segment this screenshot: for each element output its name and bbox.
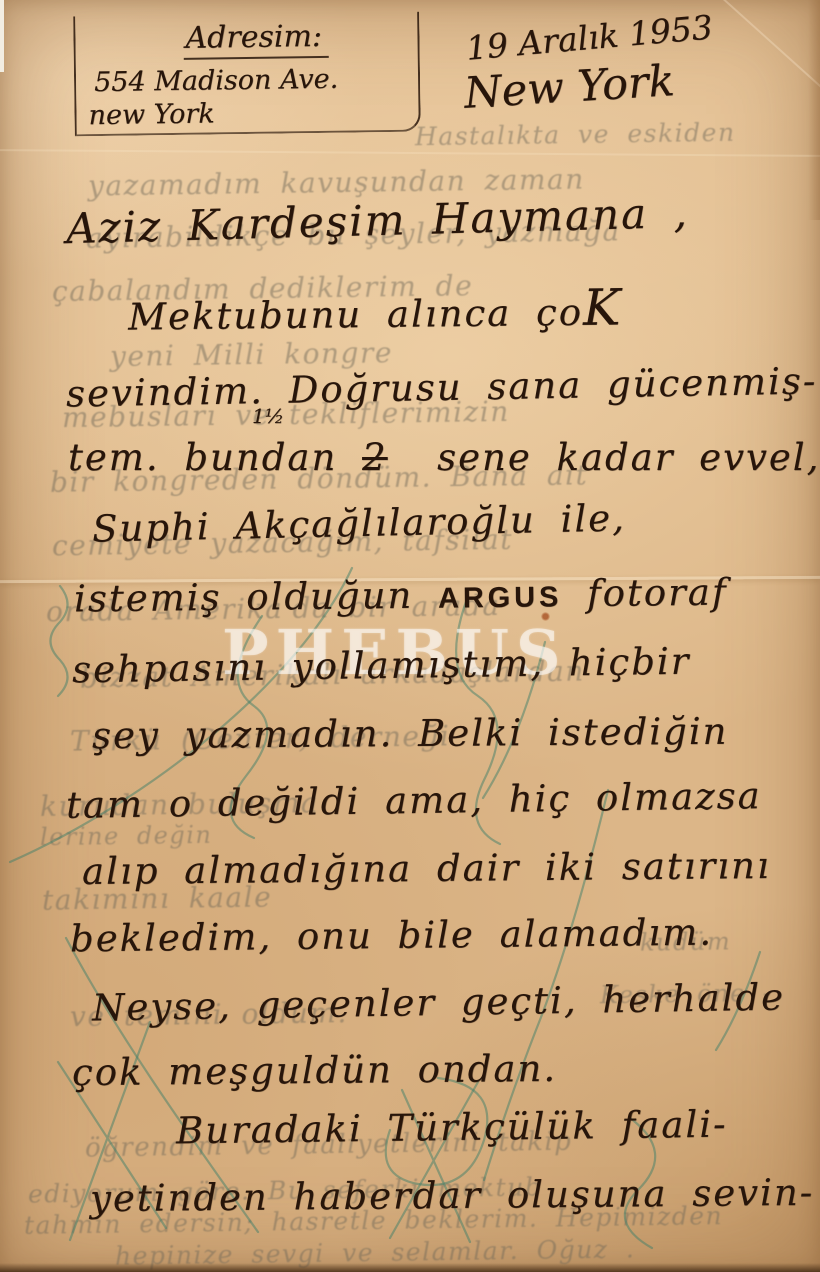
letter-line: tam o değildi ama, hiç olmazsa	[66, 774, 762, 827]
letter-line: yetinden haberdar oluşuna sevin-	[90, 1171, 815, 1220]
brand-name-argus: ARGUS	[438, 581, 563, 614]
letter-line: Buradaki Türkçülük faali-	[176, 1103, 728, 1153]
struck-out-text: 2	[362, 436, 388, 479]
letter-line: şey yazmadın. Belki istediğin	[92, 710, 729, 757]
letter-line: istemiş olduğun ARGUS fotoraf	[74, 571, 728, 621]
page-edge-shadow	[808, 0, 820, 220]
scan-edge-sliver	[0, 0, 4, 72]
letter-line: Suphi Akçağlılaroğlu ile,	[92, 496, 627, 550]
letter-line: Neyse, geçenler geçti, herhalde	[92, 976, 786, 1030]
address-street: 554 Madison Ave.	[94, 63, 418, 99]
letter-line: sehpasını yollamıştım, hiçbir	[72, 640, 691, 692]
letter-line: çok meşguldün ondan.	[72, 1047, 557, 1094]
interline-correction: 1½	[252, 404, 284, 428]
emphasized-letter: K	[583, 278, 623, 336]
ghost-line: Hastalıkta ve eskiden	[415, 118, 736, 151]
letter-line: Mektubunu alınca çoK	[128, 278, 623, 341]
dateline: 19 Aralık 1953 New York	[464, 7, 719, 121]
letter-line: alıp almadığına dair iki satırını	[82, 844, 771, 893]
address-city: new York	[88, 96, 418, 132]
letter-line: bekledim, onu bile alamadım.	[70, 911, 713, 961]
scan-bottom-edge	[0, 1263, 820, 1272]
address-label: Adresim:	[183, 19, 328, 60]
letter-line: tem. bundan 2 sene kadar evvel,	[68, 436, 820, 479]
sender-address-box: Adresim: 554 Madison Ave. new York	[73, 12, 421, 137]
faint-crease	[0, 149, 820, 157]
letter-scan-page: Hastalıkta ve eskidenyazamadım kavuşunda…	[0, 0, 820, 1272]
